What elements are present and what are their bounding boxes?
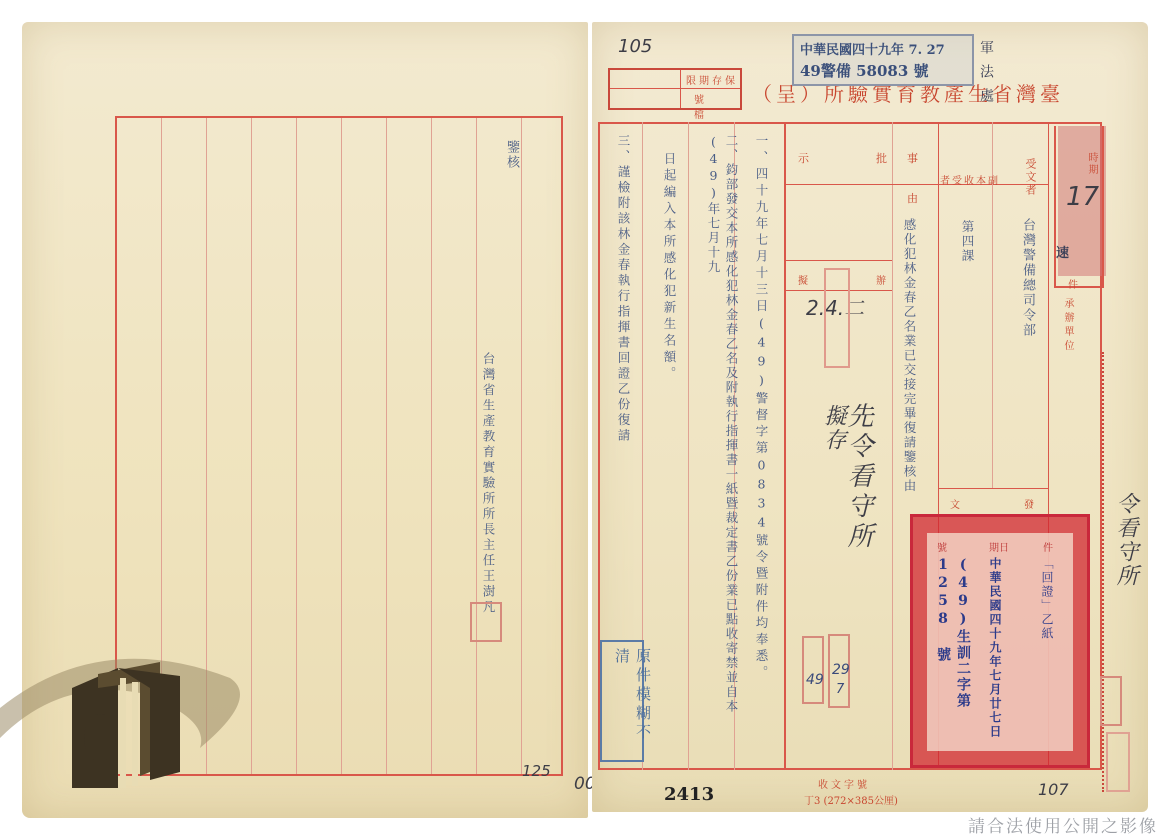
bottom-form-spec: 丁3 (272×385公厘) <box>804 792 898 807</box>
dispatch-header-number: 號 <box>937 539 947 554</box>
dispatch-number: (49)生訓二字第 1258 號 <box>933 557 973 765</box>
dispatch-label-2: 發 <box>1024 496 1034 511</box>
review-label: 鑒核 <box>502 140 521 170</box>
dispatch-item: 「回證」乙紙 <box>1039 557 1056 641</box>
received-stamp-date: 中華民國四十九年 7. 27 <box>800 39 945 58</box>
recipient-value: 台灣警備總司令部 <box>1018 218 1037 338</box>
margin-handwriting: 令看守所 <box>1110 492 1141 588</box>
undertake-unit-label: 承辦單位 <box>1060 298 1075 354</box>
received-date-stamp: 中華民國四十九年 7. 27 49警備 58083 號 <box>792 34 974 86</box>
retention-box: 限期存保 號檔 <box>608 68 742 110</box>
draft-label-2: 辦 <box>876 272 886 287</box>
right-page-number: 107 <box>1038 780 1069 799</box>
dispatch-label-1: 文 <box>950 496 960 511</box>
dispatch-header-item: 件 <box>1043 539 1053 554</box>
received-fraction-bottom: 7 <box>836 682 844 697</box>
received-stamp-number: 49警備 58083 號 <box>800 60 929 81</box>
instruction-label: 示 <box>798 150 809 166</box>
file-number-label: 號檔 <box>694 91 740 121</box>
time-value: 17 <box>1066 182 1099 212</box>
cc-value: 第四課 <box>958 220 976 264</box>
bottom-form-label: 收文字號 <box>818 776 870 791</box>
small-received-stamp <box>802 636 824 704</box>
binding-dotted-line <box>1102 352 1104 792</box>
stamped-number: 2413 <box>664 784 714 805</box>
handwritten-note: 擬存 <box>818 404 849 452</box>
urgency-value: 速 <box>1056 242 1069 261</box>
recipient-label: 受文者 <box>1022 158 1038 197</box>
received-side-number: 49 <box>806 672 824 688</box>
seal-stamp <box>470 602 502 642</box>
margin-seal <box>1100 676 1122 726</box>
cc-label: 副本收受者 <box>940 172 1000 187</box>
subject-value: 感化犯林金春乙名業已交接完畢復請鑒核由 <box>900 218 918 494</box>
approval-seal <box>824 268 850 368</box>
margin-seal-2 <box>1106 732 1130 792</box>
dispatch-header-date: 期日 <box>989 539 1009 554</box>
signature-line: 台灣省生產教育實驗所所長主任王澍凡 <box>479 352 497 616</box>
right-page: 105 限期存保 號檔 臺灣省生產教育實驗所（呈） 中華民國四十九年 7. 27… <box>592 22 1148 812</box>
watermark-caption: 請合法使用公開之影像 <box>968 812 1158 837</box>
draft-label-1: 擬 <box>798 272 808 287</box>
time-label: 時期 <box>1084 152 1099 176</box>
body-paragraph-1: 一、四十九年七月十三日(49)警督字第0834號令暨附件均奉悉。 <box>752 134 770 682</box>
blurry-stamp: 原件模糊不清 <box>600 640 644 762</box>
received-fraction-top: 29 <box>832 662 850 678</box>
left-page: 鑒核 台灣省生產教育實驗所所長主任王澍凡 125 0011 <box>22 22 588 818</box>
body-paragraph-3: 日起編入本所感化犯新生名額。 <box>660 152 678 383</box>
body-paragraph-4: 三、謹檢附該林金春執行指揮書回證乙份復請 <box>614 134 632 444</box>
subject-label-2: 由 <box>907 190 918 206</box>
left-folio-number: 125 <box>522 762 551 780</box>
dispatch-date: 中華民國四十九年七月廿七日 <box>987 557 1004 739</box>
blurry-stamp-text: 原件模糊不清 <box>612 648 654 760</box>
body-paragraph-2: 二、鈞部發交本所感化犯林金春乙名及附執行指揮書一紙暨裁定書乙份業已點收寄禁並自本… <box>704 134 740 764</box>
subject-label-1: 事 <box>907 150 918 166</box>
item-label: 件 <box>1068 276 1078 291</box>
right-folio-number: 105 <box>618 36 652 57</box>
instruction-label-2: 批 <box>876 150 887 166</box>
dispatch-stamp: 號 期日 件 (49)生訓二字第 1258 號 中華民國四十九年七月廿七日 「回… <box>910 514 1090 768</box>
top-right-annotation: 軍法處 <box>976 40 996 112</box>
retention-label: 限期存保 <box>686 72 738 87</box>
archive-logo <box>0 638 250 788</box>
